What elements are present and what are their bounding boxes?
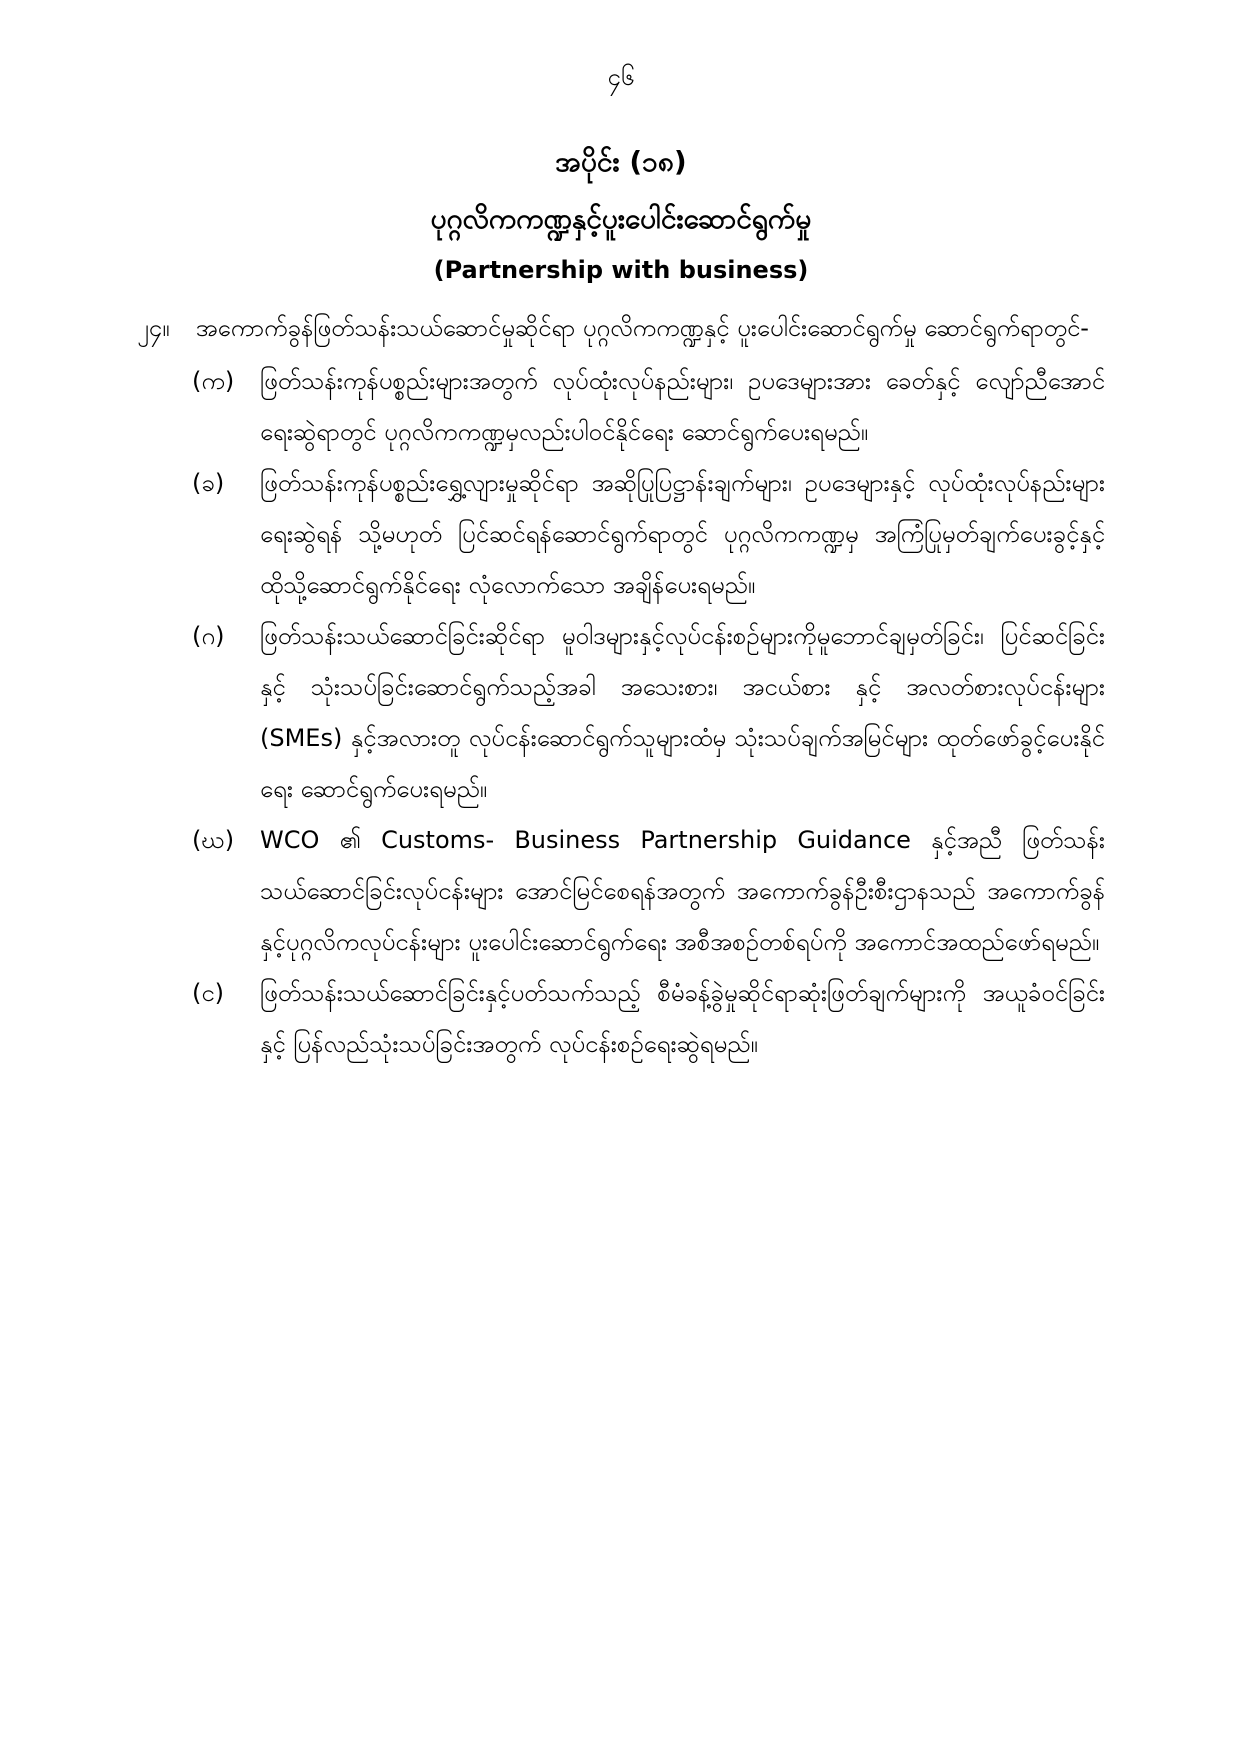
sub-item-list: (က) ဖြတ်သန်းကုန်ပစ္စည်းများအတွက် လုပ်ထုံ… [137,356,1105,1070]
paragraph-24-number: ၂၄။ [137,314,170,342]
list-item-label: (က) [192,356,260,407]
list-item-text: ဖြတ်သန်းသယ်ဆောင်ခြင်းနှင့်ပတ်သက်သည့် စီမ… [260,968,1105,1070]
page-number: ၄၆ [137,62,1105,92]
list-item-text: ဖြတ်သန်းသယ်ဆောင်ခြင်းဆိုင်ရာ မူဝါဒများနှ… [260,611,1105,815]
section-title-myanmar: ပုဂ္ဂလိကကဏ္ဍနှင့်ပူးပေါင်းဆောင်ရွက်မှု [137,196,1105,242]
list-item-label: (ဃ) [192,815,260,866]
section-heading-part: အပိုင်း (၁၈) [137,140,1105,184]
list-item-label: (ခ) [192,458,260,509]
list-item-text: WCO ၏ Customs- Business Partnership Guid… [260,815,1105,968]
section-title-english: (Partnership with business) [137,252,1105,288]
list-item: (က) ဖြတ်သန်းကုန်ပစ္စည်းများအတွက် လုပ်ထုံ… [137,356,1105,458]
list-item-label: (ဂ) [192,611,260,662]
list-item: (င) ဖြတ်သန်းသယ်ဆောင်ခြင်းနှင့်ပတ်သက်သည့်… [137,968,1105,1070]
paragraph-24: ၂၄။အကောက်ခွန်ဖြတ်သန်းသယ်ဆောင်မှုဆိုင်ရာ … [137,302,1105,354]
document-page: ၄၆ အပိုင်း (၁၈) ပုဂ္ဂလိကကဏ္ဍနှင့်ပူးပေါင… [0,0,1241,1755]
list-item-text: ဖြတ်သန်းကုန်ပစ္စည်းများအတွက် လုပ်ထုံးလုပ… [260,356,1105,458]
paragraph-24-text: အကောက်ခွန်ဖြတ်သန်းသယ်ဆောင်မှုဆိုင်ရာ ပုဂ… [196,314,1089,342]
list-item-label: (င) [192,968,260,1019]
list-item: (ဂ) ဖြတ်သန်းသယ်ဆောင်ခြင်းဆိုင်ရာ မူဝါဒမျ… [137,611,1105,815]
list-item-text: ဖြတ်သန်းကုန်ပစ္စည်းရွှေ့လျားမှုဆိုင်ရာ အ… [260,458,1105,611]
list-item: (ခ) ဖြတ်သန်းကုန်ပစ္စည်းရွှေ့လျားမှုဆိုင်… [137,458,1105,611]
list-item: (ဃ) WCO ၏ Customs- Business Partnership … [137,815,1105,968]
